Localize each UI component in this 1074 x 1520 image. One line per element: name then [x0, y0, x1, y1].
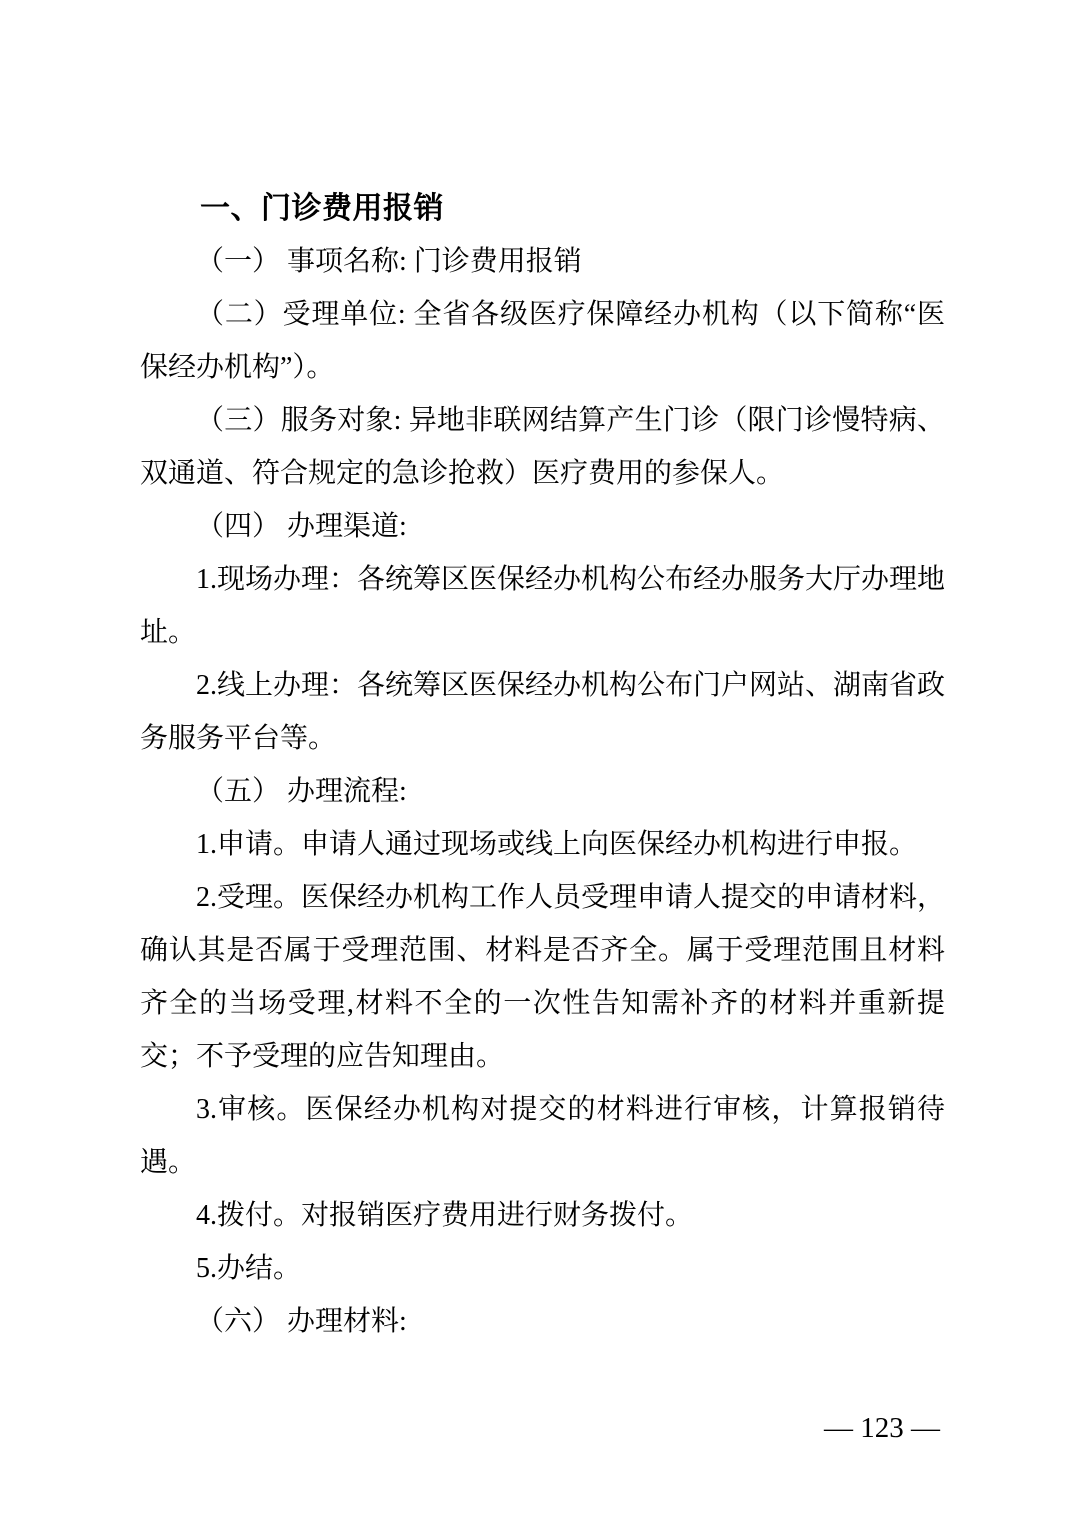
para-step-complete: 5.办结。 [140, 1242, 945, 1295]
para-service-target: （三）服务对象: 异地非联网结算产生门诊（限门诊慢特病、双通道、符合规定的急诊抢… [140, 394, 945, 500]
para-step-payment: 4.拨付。对报销医疗费用进行财务拨付。 [140, 1189, 945, 1242]
para-process-label: （五） 办理流程: [140, 765, 945, 818]
para-channels-label: （四） 办理渠道: [140, 500, 945, 553]
section-heading: 一、门诊费用报销 [140, 182, 945, 235]
para-accepting-unit: （二）受理单位: 全省各级医疗保障经办机构（以下简称“医保经办机构”）。 [140, 288, 945, 394]
para-onsite-channel: 1.现场办理：各统筹区医保经办机构公布经办服务大厅办理地址。 [140, 553, 945, 659]
document-content: 一、门诊费用报销 （一） 事项名称: 门诊费用报销 （二）受理单位: 全省各级医… [140, 182, 945, 1348]
para-step-apply: 1.申请。申请人通过现场或线上向医保经办机构进行申报。 [140, 818, 945, 871]
para-online-channel: 2.线上办理：各统筹区医保经办机构公布门户网站、湖南省政务服务平台等。 [140, 659, 945, 765]
document-page: 一、门诊费用报销 （一） 事项名称: 门诊费用报销 （二）受理单位: 全省各级医… [0, 0, 1074, 1520]
para-item-name: （一） 事项名称: 门诊费用报销 [140, 235, 945, 288]
para-step-review: 3.审核。医保经办机构对提交的材料进行审核，计算报销待遇。 [140, 1083, 945, 1189]
para-materials-label: （六） 办理材料: [140, 1295, 945, 1348]
page-number: — 123 — [824, 1410, 940, 1446]
para-step-accept: 2.受理。医保经办机构工作人员受理申请人提交的申请材料，确认其是否属于受理范围、… [140, 871, 945, 1083]
